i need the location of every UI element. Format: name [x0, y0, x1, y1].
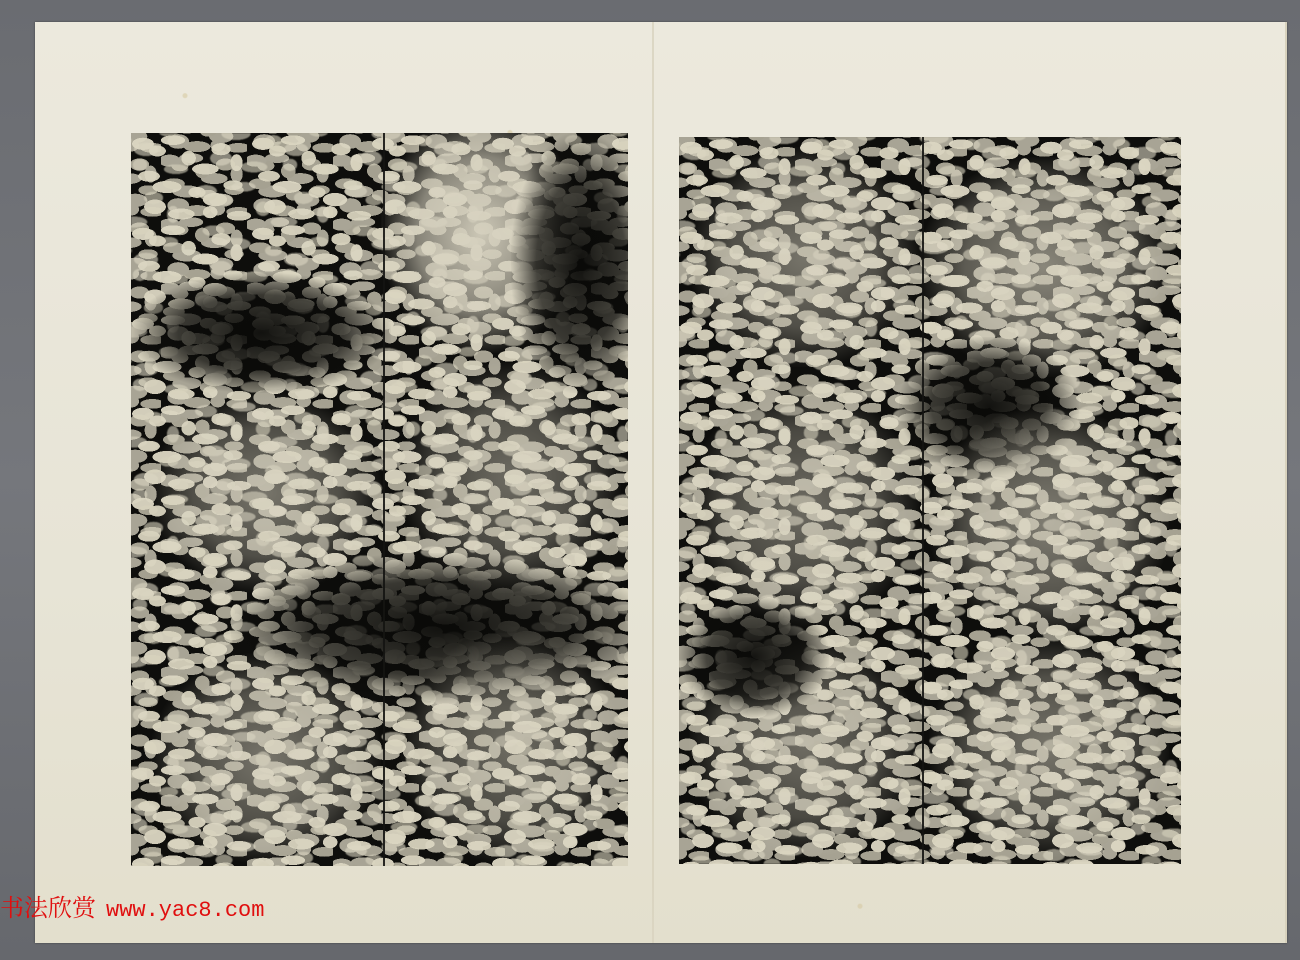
- column-seam: [922, 137, 924, 864]
- character-area: [401, 633, 621, 863]
- character-area: [151, 393, 381, 593]
- character-area: [151, 653, 381, 863]
- ink-heavy-patch: [511, 133, 628, 393]
- character-area: [929, 637, 1169, 857]
- rubbing-panel-right: [679, 137, 1181, 864]
- watermark: 书法欣赏www.yac8.com: [0, 896, 264, 922]
- rubbing-panel-left: [131, 133, 628, 866]
- character-area: [929, 407, 1169, 637]
- album-board: [35, 22, 1287, 943]
- character-area: [689, 147, 919, 367]
- ink-heavy-patch: [131, 273, 391, 393]
- ink-heavy-patch: [679, 597, 829, 717]
- right-page: [654, 22, 1285, 943]
- watermark-url: www.yac8.com: [106, 898, 264, 923]
- left-page: [35, 22, 652, 943]
- watermark-chinese: 书法欣赏: [0, 894, 96, 922]
- character-area: [401, 363, 621, 593]
- column-seam: [383, 133, 385, 866]
- character-area: [689, 387, 919, 627]
